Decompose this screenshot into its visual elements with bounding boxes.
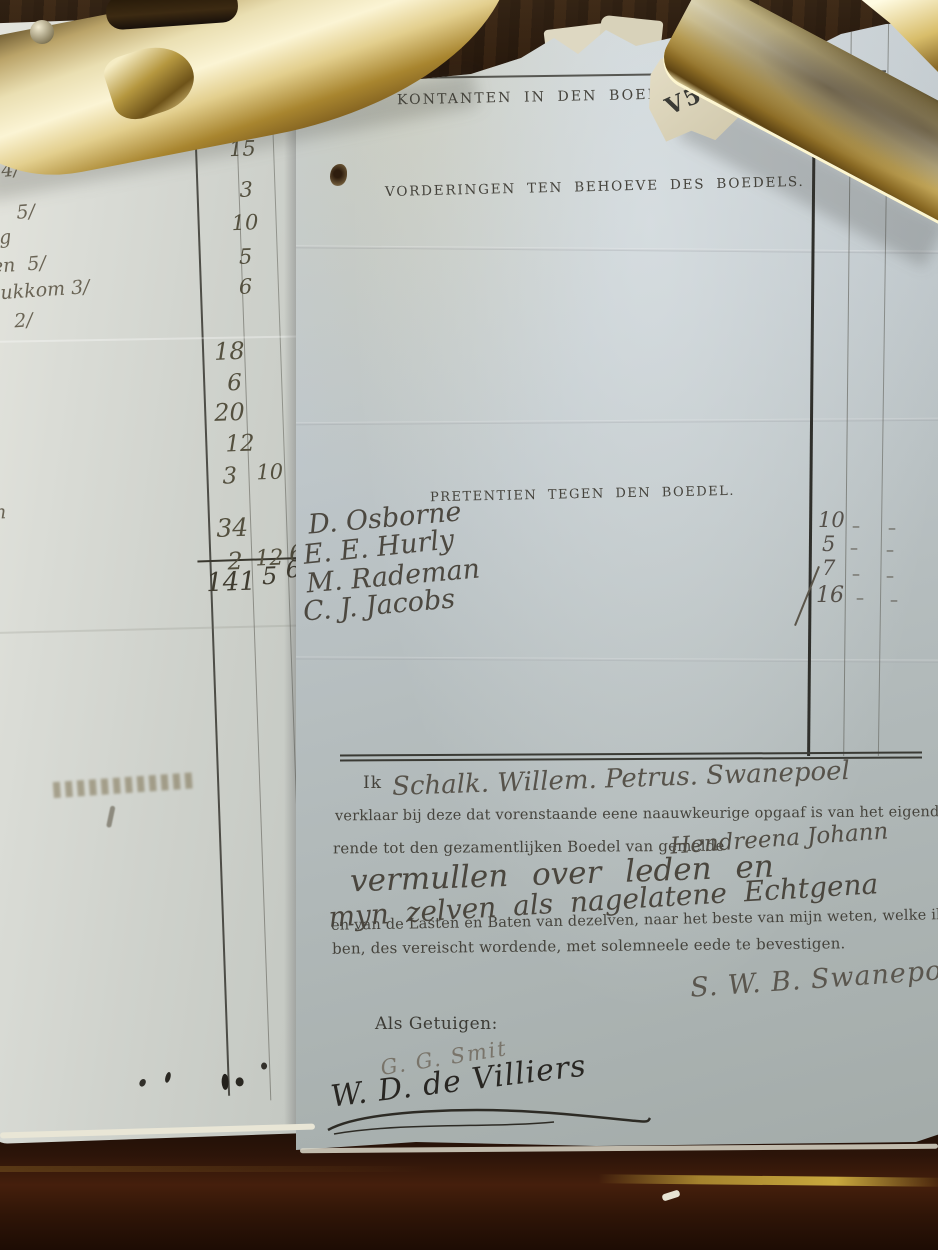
page-crease-2 — [296, 418, 938, 425]
page-crease-3 — [296, 656, 938, 662]
claim-dash: – — [886, 540, 894, 559]
wood-highlight-streak — [598, 1174, 938, 1187]
claim-dash: – — [850, 538, 858, 557]
faint-ink-mark — [106, 805, 115, 828]
stain-blob — [330, 164, 347, 186]
signature-flourish — [324, 1104, 654, 1138]
ledger-amount: 12 — [225, 430, 255, 457]
ledger-amount: 20 — [214, 398, 246, 427]
page-crease — [296, 245, 938, 254]
binder-clip-left-pivot — [30, 20, 54, 44]
heading-pretentien: PRETENTIEN TEGEN DEN BOEDEL. — [430, 484, 735, 505]
ledger-item: kan 5/ — [0, 200, 36, 228]
ledger-total-shillings: 5 — [262, 562, 278, 591]
ledger-amount: 18 — [214, 337, 246, 366]
ledger-amount: 3 — [239, 177, 253, 201]
ledger-amount: 5 — [238, 244, 252, 268]
ledger-item: Rureng — [0, 226, 12, 254]
right-page-bottom-rim — [300, 1144, 938, 1153]
ledger-amount: 10 — [256, 460, 284, 485]
claim-dash: – — [888, 518, 896, 537]
claim-amount: 7 — [822, 556, 835, 580]
ledger-amount: 3 — [222, 463, 238, 489]
ledger-amount: 6 — [238, 274, 252, 298]
claim-dash: – — [890, 590, 898, 609]
claim-dash: – — [852, 564, 860, 583]
declaration-line4: ben, des vereischt wordende, met solemne… — [332, 934, 846, 957]
ledger-item: , Knukkom 3/ — [0, 276, 90, 307]
claim-amount: 16 — [816, 583, 844, 608]
claim-amount: 5 — [822, 532, 835, 556]
heading-vorderingen: VORDERINGEN TEN BEHOEVE DES BOEDELS. — [385, 174, 805, 200]
wood-highlight-streak-2 — [0, 1166, 430, 1172]
claim-dash: – — [852, 516, 860, 535]
ledger-amount: 34 — [216, 513, 249, 543]
claim-dash: – — [886, 566, 894, 585]
witness-label: Als Getuigen: — [375, 1014, 498, 1034]
claim-dash: – — [856, 588, 864, 607]
declaration-lead: Ik — [363, 773, 382, 793]
ink-blob — [261, 1062, 267, 1069]
declarant-signature: S. W. B. Swanepo — [689, 955, 938, 1004]
ink-blob — [164, 1071, 172, 1083]
paper-scrap-on-desk — [661, 1189, 680, 1201]
ledger-item: potten 5/ — [0, 252, 47, 280]
ink-blob — [235, 1077, 243, 1086]
claim-amount: 10 — [818, 508, 845, 532]
ledger-total-pounds: 141 — [206, 567, 257, 599]
ledger-item: olt 2/ — [0, 309, 33, 335]
photo-of-estate-document: 12 6 ezgel 4 10, matervat 3/ n tafel 4/ … — [0, 0, 938, 1250]
faint-stamp-bleedthrough — [53, 772, 194, 798]
ink-blob — [221, 1074, 229, 1090]
ledger-amount: 6 — [227, 370, 243, 396]
ledger-item: rdam — [0, 501, 7, 525]
ink-blob — [138, 1078, 147, 1088]
declarant-name-handwritten: Schalk. Willem. Petrus. Swanepoel — [392, 756, 851, 802]
ledger-amount: 10 — [231, 210, 259, 235]
page-crease — [0, 335, 332, 343]
